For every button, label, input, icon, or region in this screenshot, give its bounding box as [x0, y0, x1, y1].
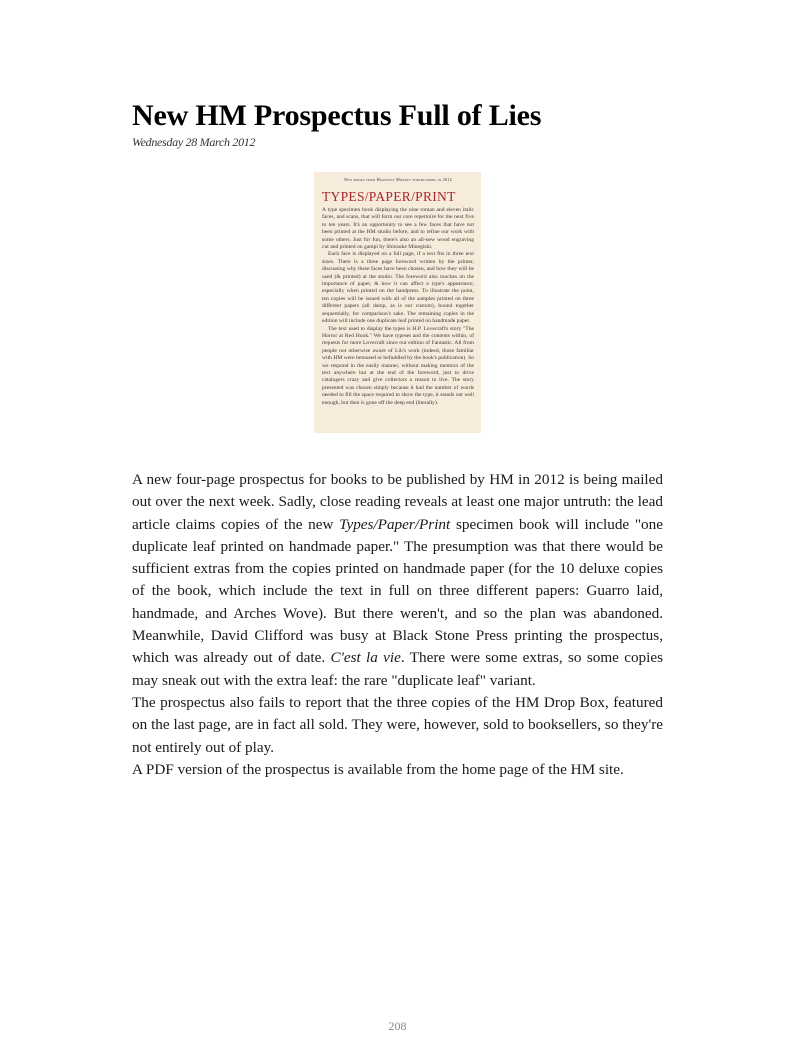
body-paragraph-3: A PDF version of the prospectus is avail…	[132, 759, 663, 781]
phrase-italic: C'est la vie	[330, 649, 400, 666]
prospectus-heading: TYPES/PAPER/PRINT	[322, 189, 474, 205]
prospectus-body: A type specimen book displaying the nine…	[322, 207, 474, 407]
prospectus-paragraph: A type specimen book displaying the nine…	[322, 207, 474, 251]
page-number: 208	[0, 1019, 795, 1034]
document-page: New HM Prospectus Full of Lies Wednesday…	[0, 0, 795, 1063]
text-run: specimen book will include "one duplicat…	[132, 516, 663, 667]
prospectus-paragraph: The text used to display the types is H.…	[322, 326, 474, 407]
prospectus-running-head: New books from Heavenly Monkey forthcomi…	[322, 177, 474, 183]
article-title: New HM Prospectus Full of Lies	[132, 98, 541, 134]
prospectus-paragraph: Each face is displayed on a full page, i…	[322, 251, 474, 325]
body-paragraph-2: The prospectus also fails to report that…	[132, 692, 663, 759]
article-date: Wednesday 28 March 2012	[132, 135, 255, 150]
book-title-italic: Types/Paper/Print	[339, 516, 450, 533]
article-body: A new four-page prospectus for books to …	[132, 469, 663, 781]
prospectus-image: New books from Heavenly Monkey forthcomi…	[314, 172, 481, 433]
body-paragraph-1: A new four-page prospectus for books to …	[132, 469, 663, 692]
